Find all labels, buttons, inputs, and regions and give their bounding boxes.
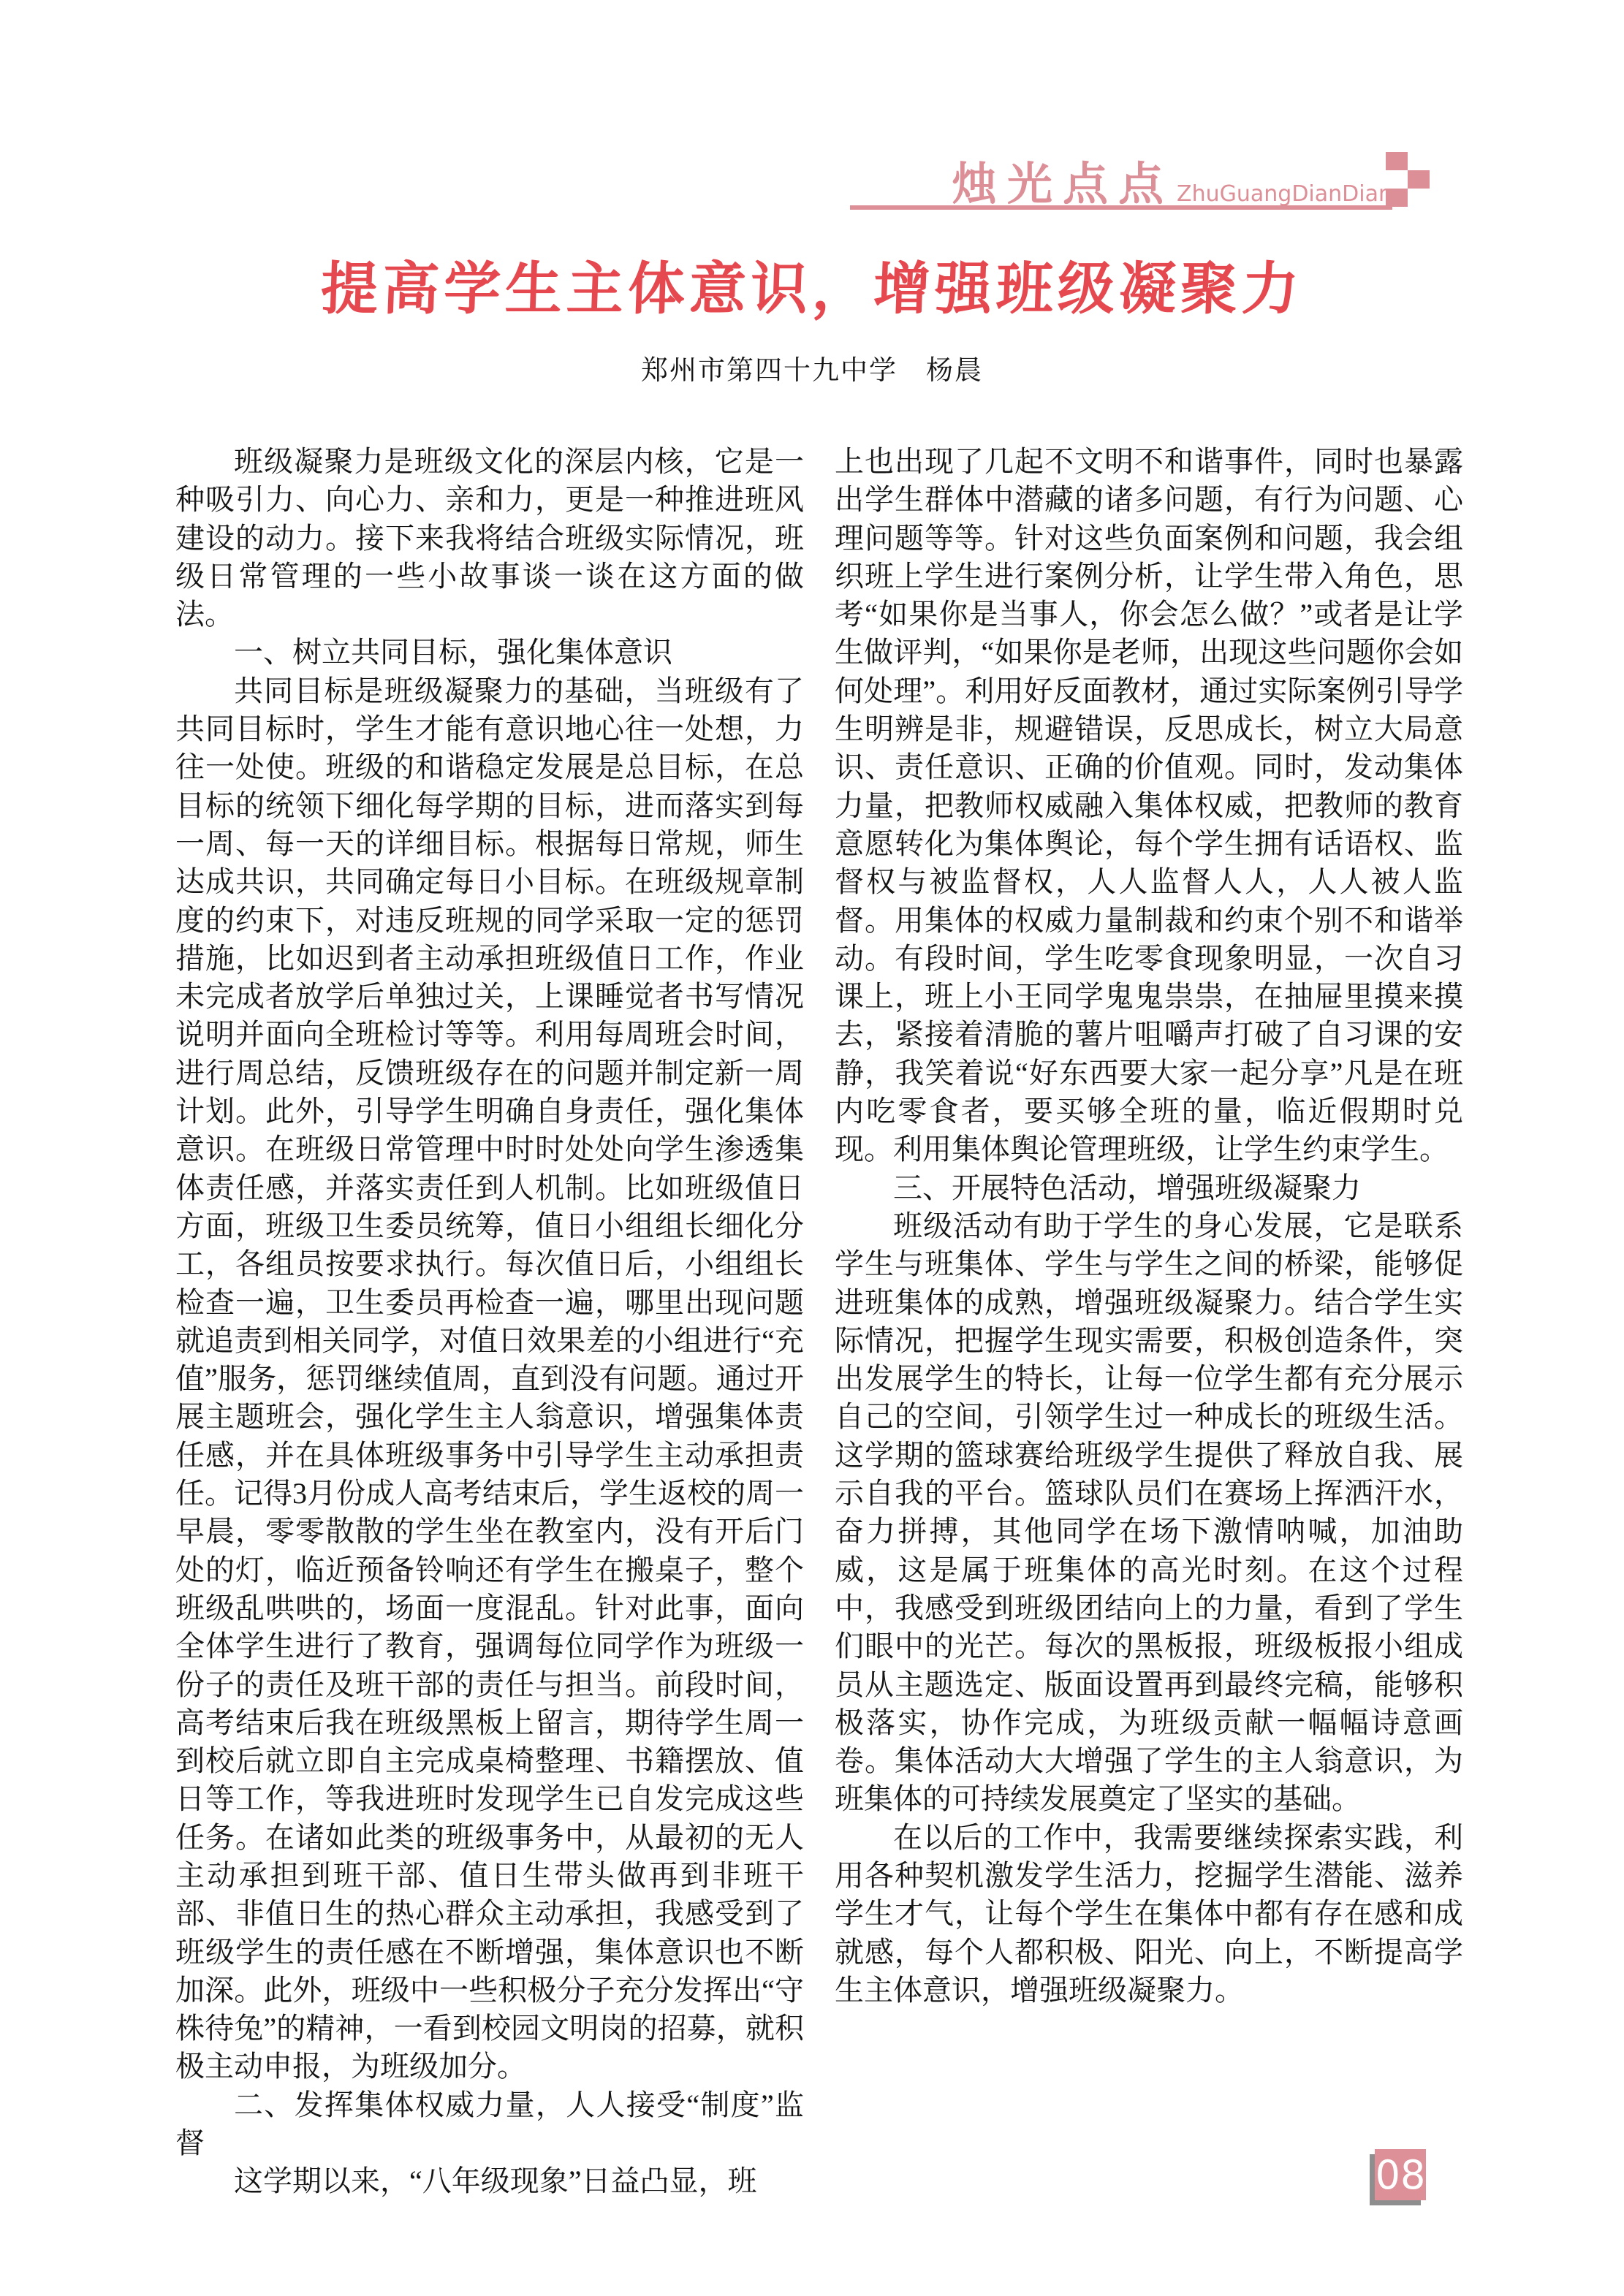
section-heading: 三、开展特色活动，增强班级凝聚力 [835,1169,1463,1207]
body-paragraph: 班级活动有助于学生的身心发展，它是联系学生与班集体、学生与学生之间的桥梁，能够促… [835,1207,1463,1819]
article-body: 班级凝聚力是班级文化的深层内核，它是一种吸引力、向心力、亲和力，更是一种推进班风… [175,443,1463,2201]
section-title-pinyin: ZhuGuangDianDian [1177,182,1392,207]
magazine-page: 烛光点点 ZhuGuangDianDian 提高学生主体意识，增强班级凝聚力 郑… [0,0,1624,2296]
checkerboard-decoration [1386,152,1430,207]
section-heading: 二、发挥集体权威力量，人人接受“制度”监督 [175,2086,804,2163]
page-number-badge: 08 [1375,2149,1426,2200]
body-paragraph: 上也出现了几起不文明不和谐事件，同时也暴露出学生群体中潜藏的诸多问题，有行为问题… [835,443,1463,1169]
deco-square [1386,189,1408,207]
masthead-rule [850,205,1392,210]
section-title-chinese: 烛光点点 [952,161,1174,207]
right-column: 上也出现了几起不文明不和谐事件，同时也暴露出学生群体中潜藏的诸多问题，有行为问题… [835,443,1463,2201]
section-heading: 一、树立共同目标，强化集体意识 [175,634,804,672]
deco-square [1386,152,1408,170]
body-paragraph: 在以后的工作中，我需要继续探索实践，利用各种契机激发学生活力，挖掘学生潜能、滋养… [835,1819,1463,2010]
page-number: 08 [1376,2152,1426,2198]
body-paragraph: 班级凝聚力是班级文化的深层内核，它是一种吸引力、向心力、亲和力，更是一种推进班风… [175,443,804,634]
article-byline: 郑州市第四十九中学 杨晨 [0,354,1624,389]
article-title: 提高学生主体意识，增强班级凝聚力 [0,254,1624,324]
body-paragraph: 共同目标是班级凝聚力的基础，当班级有了共同目标时，学生才能有意识地心往一处想，力… [175,672,804,2086]
deco-square [1408,170,1430,189]
masthead: 烛光点点 ZhuGuangDianDian [850,142,1392,207]
body-paragraph: 这学期以来，“八年级现象”日益凸显，班 [175,2162,804,2200]
left-column: 班级凝聚力是班级文化的深层内核，它是一种吸引力、向心力、亲和力，更是一种推进班风… [175,443,804,2201]
